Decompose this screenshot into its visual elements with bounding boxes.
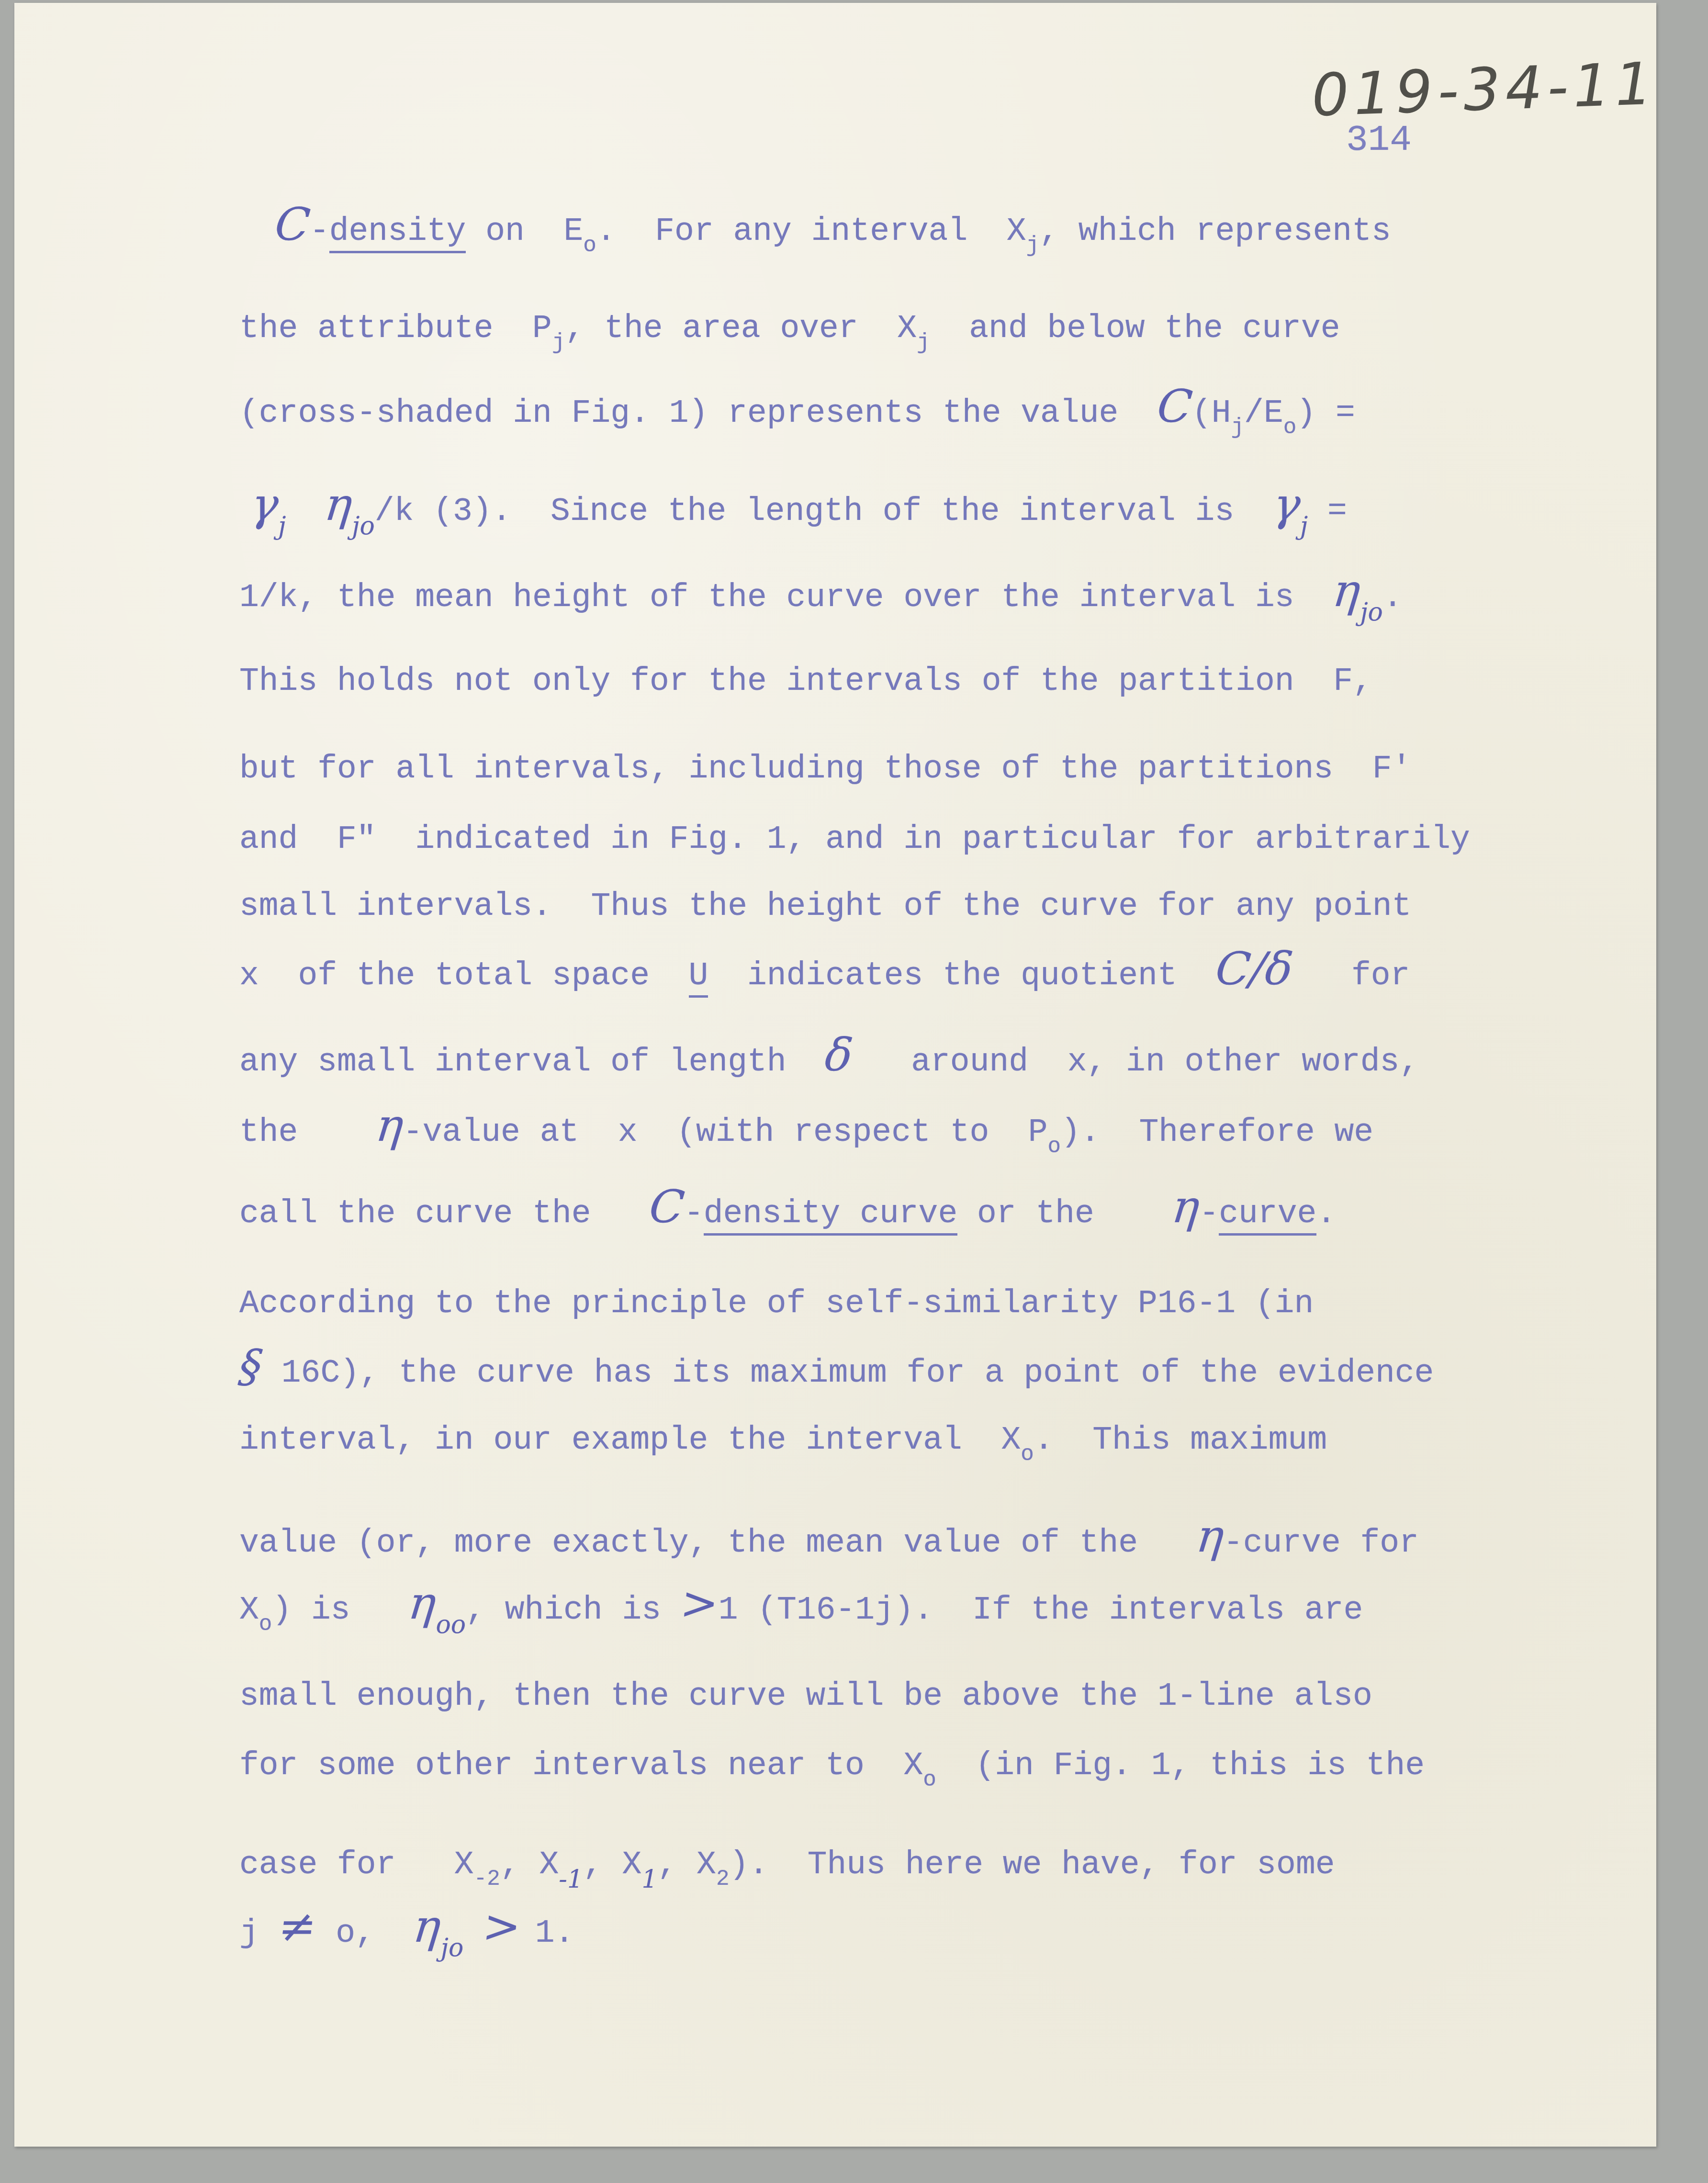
typed-text: -curve for: [1224, 1525, 1419, 1562]
typed-text: (in Fig. 1, this is the: [936, 1747, 1425, 1784]
typed-text: ) is: [272, 1592, 409, 1629]
text-line-9: small intervals. Thus the height of the …: [239, 880, 1411, 933]
typed-text: o,: [316, 1915, 414, 1952]
handwritten-math-symbol: j: [1300, 512, 1308, 540]
typed-text: , X: [500, 1846, 559, 1883]
typed-text: j: [239, 1915, 279, 1952]
typed-text: ). Thus here we have, for some: [730, 1846, 1335, 1883]
typed-text: . For any interval X: [596, 213, 1026, 250]
typed-text: o: [259, 1612, 272, 1637]
typed-text: curve: [1219, 1195, 1316, 1236]
text-line-7: but for all intervals, including those o…: [239, 743, 1411, 796]
typed-text: and below the curve: [930, 310, 1340, 347]
handwritten-math-symbol: oo: [436, 1610, 466, 1639]
typed-text: the: [239, 1114, 376, 1151]
text-line-10: x of the total space U indicates the quo…: [239, 950, 1410, 1002]
typed-text: . This maximum: [1034, 1422, 1327, 1459]
typed-text: density: [329, 213, 466, 253]
typed-text: or the: [957, 1195, 1172, 1232]
typed-text: the attribute P: [239, 310, 552, 347]
typed-text: -value at x (with respect to P: [403, 1114, 1048, 1151]
text-line-16: interval, in our example the interval Xo…: [239, 1414, 1327, 1467]
typed-text: 1.: [535, 1915, 574, 1952]
typed-text: =: [1308, 493, 1347, 530]
handwritten-math-symbol: jo: [441, 1934, 463, 1962]
typed-text: small enough, then the curve will be abo…: [239, 1678, 1372, 1715]
text-line-21: case for X-2, X-1, X1, X2). Thus here we…: [239, 1839, 1335, 1891]
text-line-18: Xo) is ηoo, which is >1 (T16-1j). If the…: [239, 1584, 1363, 1637]
typed-text: on E: [466, 213, 583, 250]
typed-text: 16C), the curve has its maximum for a po…: [262, 1355, 1434, 1392]
text-line-8: and F" indicated in Fig. 1, and in parti…: [239, 813, 1470, 866]
typed-text: -: [1199, 1195, 1219, 1232]
text-line-2: the attribute Pj, the area over Xj and b…: [239, 303, 1340, 355]
typed-text: value (or, more exactly, the mean value …: [239, 1525, 1197, 1562]
typed-text: , which represents: [1039, 213, 1391, 250]
typed-text: o: [583, 233, 596, 258]
typed-text: j: [1231, 415, 1244, 440]
typed-text: o: [1048, 1134, 1061, 1159]
handwritten-math-symbol: jo: [352, 512, 374, 540]
typed-text: , X: [658, 1846, 716, 1883]
typed-text: j: [917, 330, 930, 355]
typed-text: This holds not only for the intervals of…: [239, 663, 1372, 700]
typed-text: According to the principle of self-simil…: [239, 1285, 1314, 1322]
typed-text: U: [689, 957, 708, 998]
typed-text: /E: [1244, 395, 1283, 432]
typed-text: interval, in our example the interval X: [239, 1422, 1021, 1459]
text-line-14: According to the principle of self-simil…: [239, 1278, 1314, 1330]
typed-text: o: [923, 1767, 936, 1792]
typed-text: x of the total space: [239, 957, 689, 994]
typed-text: but for all intervals, including those o…: [239, 751, 1411, 788]
handwritten-math-symbol: jo: [1360, 598, 1383, 627]
typed-text: (cross-shaded in Fig. 1) represents the …: [239, 395, 1157, 432]
scanner-backdrop: { "header": { "annotation": "019-34-11",…: [0, 0, 1708, 2183]
typed-text: , which is: [466, 1592, 681, 1629]
typed-text: -: [310, 213, 329, 250]
typed-text: case for X: [239, 1846, 474, 1883]
typed-text: 1 (T16-1j). If the intervals are: [719, 1592, 1363, 1629]
typed-text: around x, in other words,: [853, 1044, 1419, 1080]
typed-text: call the curve the: [239, 1195, 650, 1232]
text-line-3: (cross-shaded in Fig. 1) represents the …: [239, 387, 1355, 440]
typed-text: density curve: [704, 1195, 958, 1236]
typed-text: j: [1026, 233, 1040, 258]
handwritten-math-symbol: j: [278, 512, 286, 540]
typed-text: .: [1383, 579, 1403, 616]
typed-text: ) =: [1296, 395, 1355, 432]
typed-text: [286, 493, 325, 530]
typed-text: any small interval of length: [239, 1044, 825, 1080]
text-line-20: for some other intervals near to Xo (in …: [239, 1740, 1425, 1792]
typed-text: for: [1293, 957, 1410, 994]
typed-text: 2: [716, 1867, 730, 1891]
handwritten-math-symbol: -1: [559, 1865, 583, 1894]
typed-text: for some other intervals near to X: [239, 1747, 923, 1784]
text-line-1: C-density on Eo. For any interval Xj, wh…: [275, 205, 1391, 258]
text-line-15: § 16C), the curve has its maximum for a …: [239, 1347, 1434, 1400]
text-line-4: γj ηjo/k (3). Since the length of the in…: [251, 485, 1347, 538]
typed-text: [463, 1915, 483, 1952]
typed-text: indicates the quotient: [708, 957, 1216, 994]
typed-text: .: [1316, 1195, 1336, 1232]
typed-text: o: [1021, 1442, 1034, 1467]
typed-text: , the area over X: [565, 310, 917, 347]
typed-text: -: [684, 1195, 704, 1232]
page-number: 314: [1346, 120, 1412, 161]
typed-text: ). Therefore we: [1061, 1114, 1373, 1151]
text-line-19: small enough, then the curve will be abo…: [239, 1670, 1372, 1723]
typed-text: small intervals. Thus the height of the …: [239, 888, 1411, 925]
typed-text: /k (3). Since the length of the interval…: [375, 493, 1273, 530]
typed-text: -2: [474, 1867, 500, 1891]
typed-text: , X: [583, 1846, 641, 1883]
typed-text: 1/k, the mean height of the curve over t…: [239, 579, 1333, 616]
manuscript-page: 019-34-11 314 C-density on Eo. For any i…: [14, 3, 1656, 2147]
typed-text: j: [552, 330, 565, 355]
typed-text: and F" indicated in Fig. 1, and in parti…: [239, 821, 1470, 858]
text-line-5: 1/k, the mean height of the curve over t…: [239, 572, 1403, 624]
typed-text: X: [239, 1592, 259, 1629]
typed-text: o: [1283, 415, 1297, 440]
text-line-22: j ≠ o, ηjo > 1.: [239, 1907, 574, 1960]
handwritten-document-id: 019-34-11: [1311, 49, 1658, 129]
handwritten-math-symbol: 1: [641, 1865, 657, 1894]
text-line-11: any small interval of length δ around x,…: [239, 1036, 1419, 1089]
text-line-12: the η-value at x (with respect to Po). T…: [239, 1106, 1373, 1159]
text-line-17: value (or, more exactly, the mean value …: [239, 1517, 1419, 1570]
typed-text: (H: [1192, 395, 1231, 432]
text-line-6: This holds not only for the intervals of…: [239, 655, 1372, 708]
text-line-13: call the curve the C-density curve or th…: [239, 1188, 1336, 1240]
